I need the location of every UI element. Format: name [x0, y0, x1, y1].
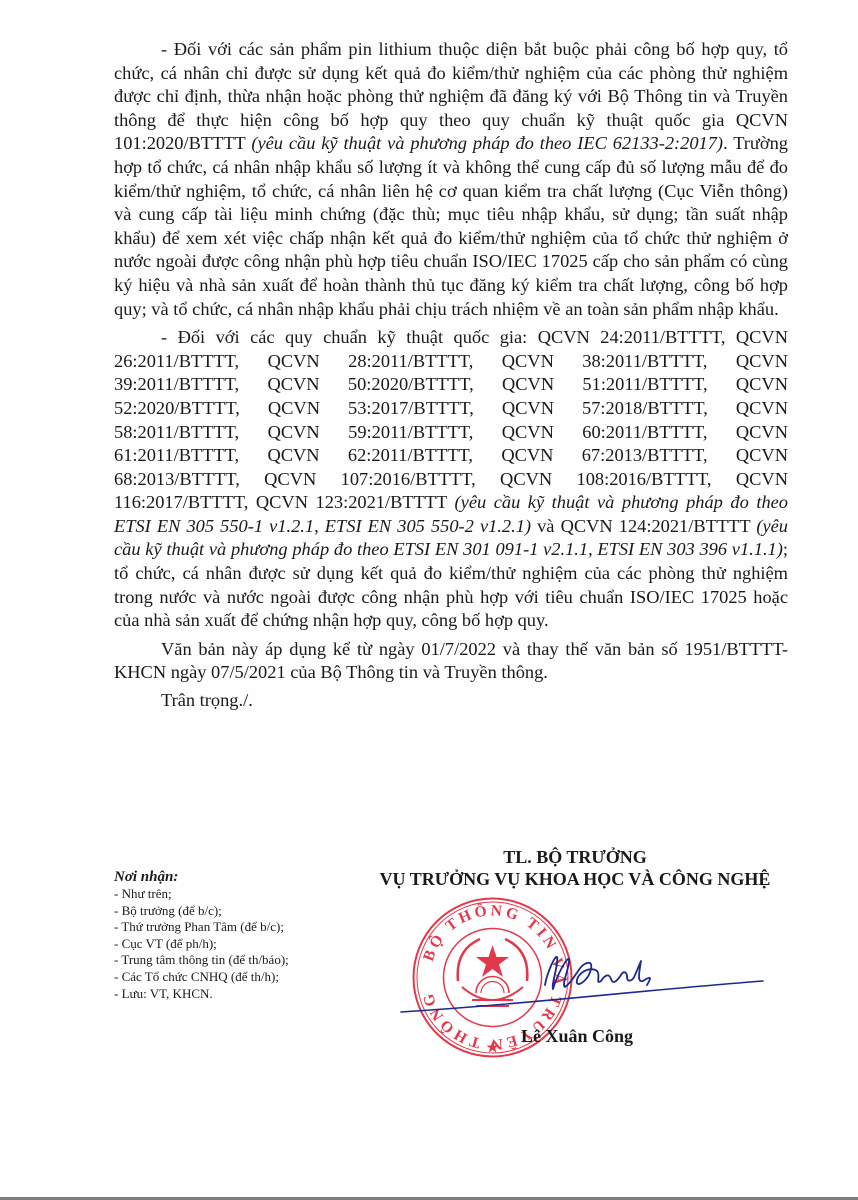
signature-heading: TL. BỘ TRƯỞNG VỤ TRƯỞNG VỤ KHOA HỌC VÀ C…: [350, 846, 800, 890]
document-body: - Đối với các sản phẩm pin lithium thuộc…: [114, 38, 788, 718]
signature-title-line1: TL. BỘ TRƯỞNG: [350, 846, 800, 868]
paragraph-effective-date: Văn bản này áp dụng kể từ ngày 01/7/2022…: [114, 638, 788, 685]
paragraph-lithium-battery: - Đối với các sản phẩm pin lithium thuộc…: [114, 38, 788, 321]
signer-name: Lê Xuân Công: [521, 1026, 633, 1047]
paragraph-text: Trân trọng./.: [161, 690, 253, 710]
paragraph-closing: Trân trọng./.: [114, 689, 788, 713]
recipient-item: - Bộ trưởng (để b/c);: [114, 903, 289, 920]
recipient-item: - Cục VT (để ph/h);: [114, 936, 289, 953]
recipients-block: Nơi nhận: - Như trên; - Bộ trưởng (để b/…: [114, 868, 289, 1002]
recipient-item: - Các Tổ chức CNHQ (để th/h);: [114, 969, 289, 986]
document-page: - Đối với các sản phẩm pin lithium thuộc…: [0, 0, 858, 1200]
signature-title-line2: VỤ TRƯỞNG VỤ KHOA HỌC VÀ CÔNG NGHỆ: [350, 868, 800, 890]
recipients-list: - Như trên; - Bộ trưởng (để b/c); - Thứ …: [114, 886, 289, 1002]
recipient-item: - Trung tâm thông tin (để th/báo);: [114, 952, 289, 969]
paragraph-text: . Trường hợp tổ chức, cá nhân nhập khẩu …: [114, 133, 788, 318]
paragraph-text: và QCVN 124:2021/BTTTT: [531, 516, 756, 536]
recipients-title: Nơi nhận:: [114, 868, 289, 886]
italic-note: (yêu cầu kỹ thuật và phương pháp đo theo…: [251, 133, 723, 153]
paragraph-technical-regulations: - Đối với các quy chuẩn kỹ thuật quốc gi…: [114, 326, 788, 633]
paragraph-text: - Đối với các quy chuẩn kỹ thuật quốc gi…: [114, 327, 788, 512]
recipient-item: - Thứ trưởng Phan Tâm (để b/c);: [114, 919, 289, 936]
paragraph-text: Văn bản này áp dụng kể từ ngày 01/7/2022…: [114, 639, 788, 683]
handwritten-signature-icon: [395, 945, 775, 1025]
recipient-item: - Như trên;: [114, 886, 289, 903]
recipient-item: - Lưu: VT, KHCN.: [114, 986, 289, 1003]
